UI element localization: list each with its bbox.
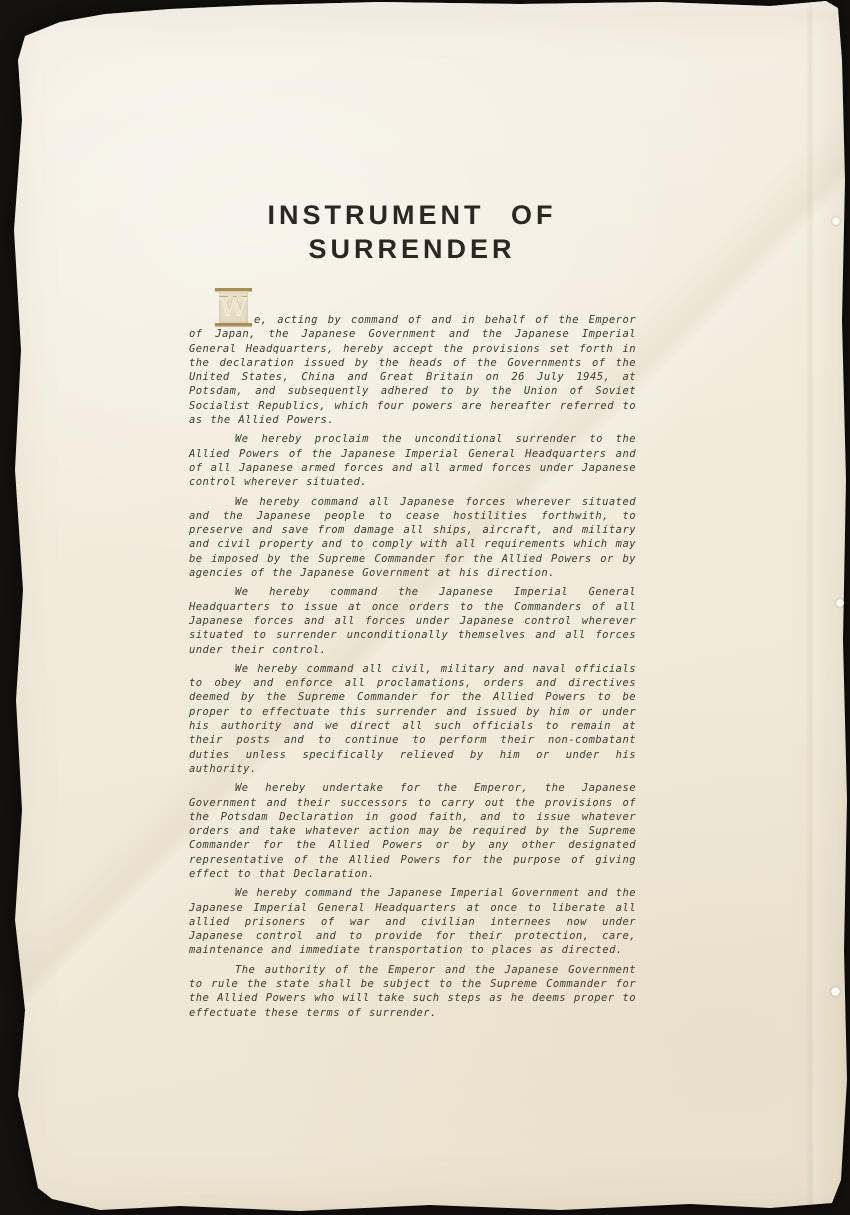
paragraph-orders-to-commanders: We hereby command the Japanese Imperial … (189, 585, 636, 656)
paragraph-text: e, acting by command of and in behalf of… (189, 314, 636, 426)
drop-cap-bottom-bar (215, 323, 252, 326)
paper-sheet-wrapper: INSTRUMENT OF SURRENDER W e, acting by c… (0, 0, 850, 1215)
document-title: INSTRUMENT OF SURRENDER (186, 198, 638, 266)
drop-cap-square: W (219, 291, 248, 323)
illuminated-initial: W (219, 313, 248, 326)
drop-cap-letter: W (220, 295, 247, 319)
document-body: W e, acting by command of and in behalf … (189, 313, 636, 1025)
paragraph-emperor-authority: The authority of the Emperor and the Jap… (189, 963, 636, 1020)
paragraph-preamble: W e, acting by command of and in behalf … (189, 313, 636, 427)
paragraph-officials-obey: We hereby command all civil, military an… (189, 662, 636, 776)
punch-hole-top (832, 217, 840, 225)
punch-hole-middle (836, 599, 844, 607)
punch-hole-bottom (831, 987, 840, 996)
paragraph-cease-hostilities: We hereby command all Japanese forces wh… (189, 495, 636, 581)
paragraph-proclaim-surrender: We hereby proclaim the unconditional sur… (189, 432, 636, 489)
paragraph-liberate-prisoners: We hereby command the Japanese Imperial … (189, 886, 636, 957)
paragraph-potsdam-undertaking: We hereby undertake for the Emperor, the… (189, 781, 636, 881)
paper-sheet: INSTRUMENT OF SURRENDER W e, acting by c… (0, 0, 850, 1215)
drop-cap-w-emblem: W (219, 288, 248, 326)
photographed-document-page: { "colors": { "background": "#14120f", "… (0, 0, 850, 1215)
